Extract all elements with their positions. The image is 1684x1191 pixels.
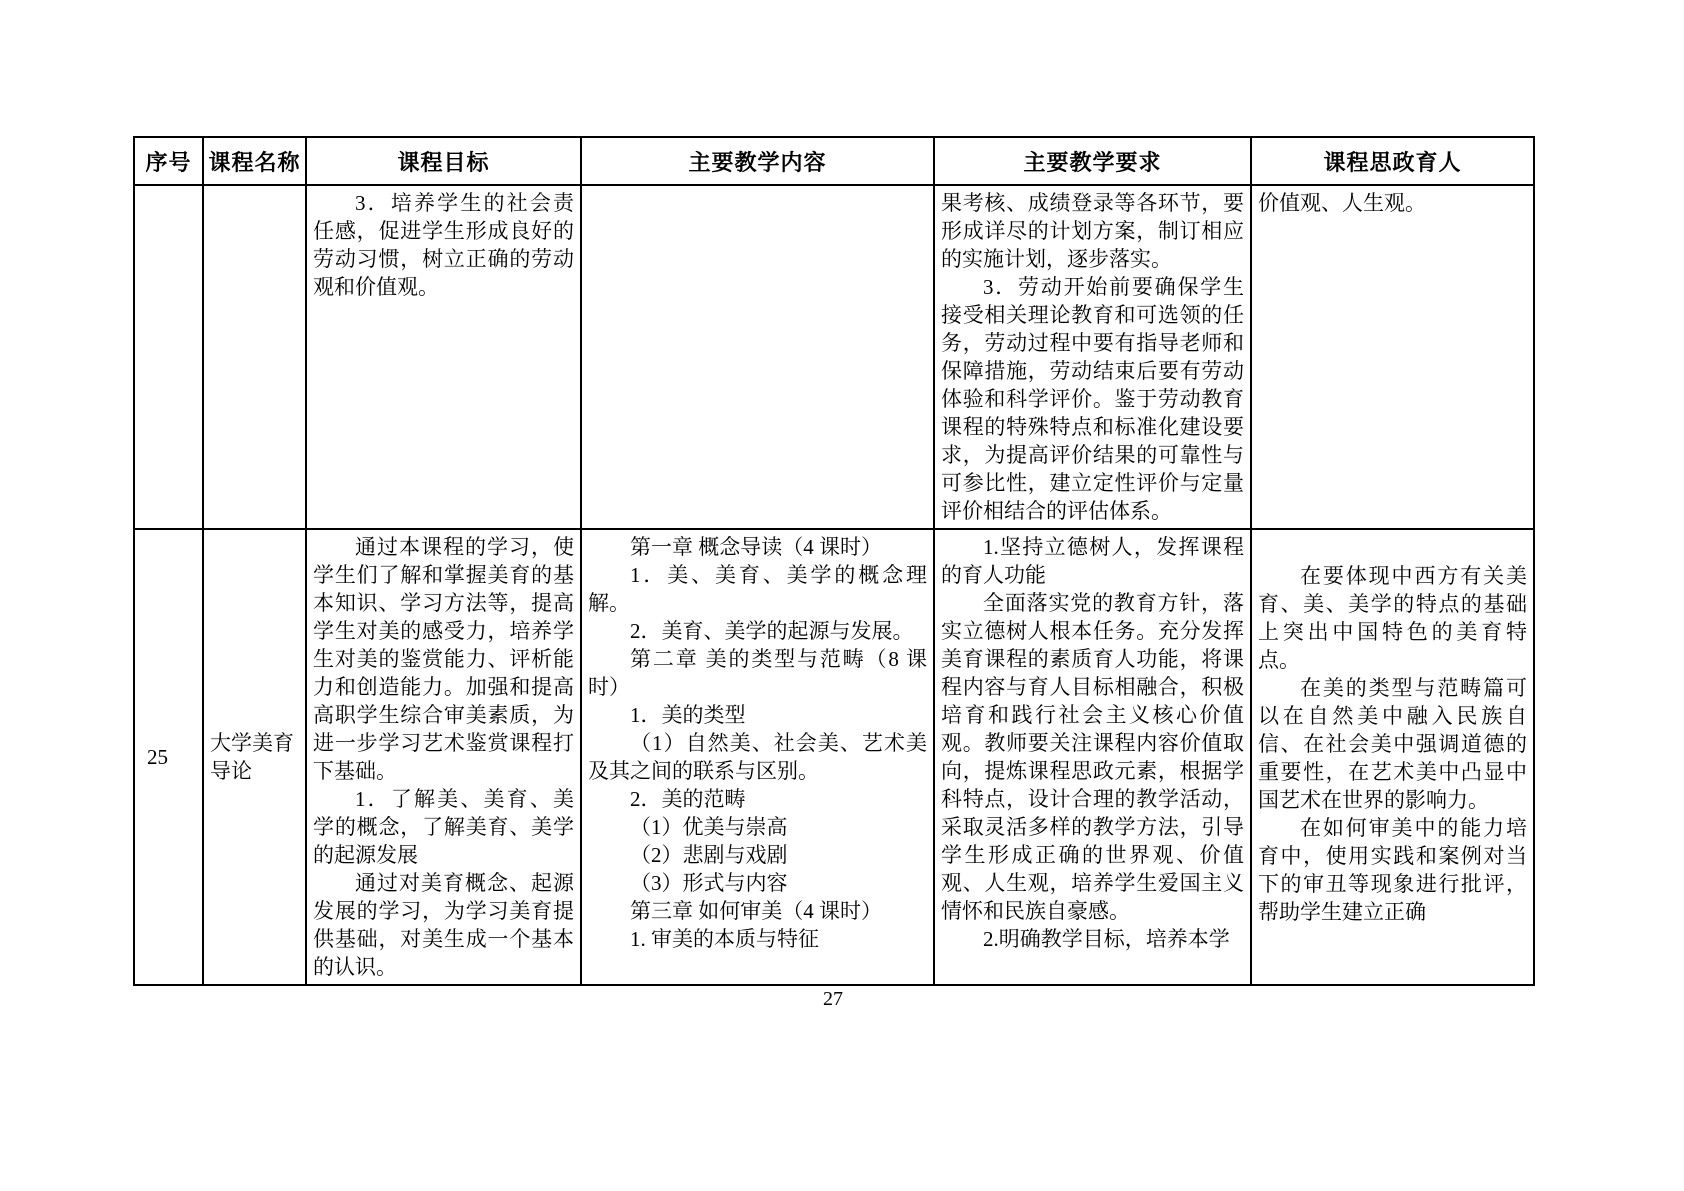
content-paragraph: （1）自然美、社会美、艺术美及其之间的联系与区别。	[588, 729, 927, 785]
objectives-paragraph: 3．培养学生的社会责任感，促进学生形成良好的劳动习惯，树立正确的劳动观和价值观。	[313, 189, 574, 301]
content-paragraph: 1．美的类型	[588, 701, 927, 729]
ideology-paragraph: 在如何审美中的能力培育中，使用实践和案例对当下的审丑等现象进行批评，帮助学生建立…	[1258, 814, 1527, 926]
content-paragraph: 第三章 如何审美（4 课时）	[588, 897, 927, 925]
cell-objectives: 通过本课程的学习，使学生们了解和掌握美育的基本知识、学习方法等，提高学生对美的感…	[306, 529, 581, 985]
content-paragraph: （1）优美与崇高	[588, 813, 927, 841]
cell-teaching-requirements: 1.坚持立德树人，发挥课程的育人功能 全面落实党的教育方针，落实立德树人根本任务…	[934, 529, 1251, 985]
content-paragraph: 1. 审美的本质与特征	[588, 925, 927, 953]
header-course-objectives: 课程目标	[306, 137, 581, 185]
objectives-paragraph: 通过对美育概念、起源发展的学习，为学习美育提供基础，对美生成一个基本的认识。	[313, 869, 574, 981]
content-paragraph: 2．美的范畴	[588, 785, 927, 813]
requirements-paragraph: 3．劳动开始前要确保学生接受相关理论教育和可选领的任务，劳动过程中要有指导老师和…	[941, 273, 1244, 525]
content-paragraph: 第二章 美的类型与范畴（8 课时）	[588, 645, 927, 701]
content-paragraph: 2．美育、美学的起源与发展。	[588, 617, 927, 645]
page-number: 27	[133, 988, 1533, 1011]
cell-seq-empty	[134, 185, 203, 529]
content-paragraph: （3）形式与内容	[588, 869, 927, 897]
cell-course-name-25: 大学美育导论	[203, 529, 306, 985]
header-teaching-content: 主要教学内容	[581, 137, 934, 185]
requirements-paragraph: 全面落实党的教育方针，落实立德树人根本任务。充分发挥美育课程的素质育人功能，将课…	[941, 589, 1244, 925]
cell-course-name-empty	[203, 185, 306, 529]
cell-objectives: 3．培养学生的社会责任感，促进学生形成良好的劳动习惯，树立正确的劳动观和价值观。	[306, 185, 581, 529]
document-page: 序号 课程名称 课程目标 主要教学内容 主要教学要求 课程思政育人 3．培养学生…	[0, 0, 1684, 1191]
cell-ideology: 价值观、人生观。	[1251, 185, 1534, 529]
header-seq: 序号	[134, 137, 203, 185]
content-paragraph: 1．美、美育、美学的概念理解。	[588, 561, 927, 617]
ideology-paragraph: 在要体现中西方有关美育、美、美学的特点的基础上突出中国特色的美育特点。	[1258, 562, 1527, 674]
requirements-paragraph: 果考核、成绩登录等各环节，要形成详尽的计划方案，制订相应的实施计划，逐步落实。	[941, 189, 1244, 273]
cell-teaching-content: 第一章 概念导读（4 课时） 1．美、美育、美学的概念理解。 2．美育、美学的起…	[581, 529, 934, 985]
table-header-row: 序号 课程名称 课程目标 主要教学内容 主要教学要求 课程思政育人	[134, 137, 1534, 185]
header-teaching-requirements: 主要教学要求	[934, 137, 1251, 185]
table-row-continuation: 3．培养学生的社会责任感，促进学生形成良好的劳动习惯，树立正确的劳动观和价值观。…	[134, 185, 1534, 529]
cell-ideology: 在要体现中西方有关美育、美、美学的特点的基础上突出中国特色的美育特点。 在美的类…	[1251, 529, 1534, 985]
ideology-paragraph: 在美的类型与范畴篇可以在自然美中融入民族自信、在社会美中强调道德的重要性，在艺术…	[1258, 674, 1527, 814]
content-paragraph: 第一章 概念导读（4 课时）	[588, 533, 927, 561]
header-ideology-education: 课程思政育人	[1251, 137, 1534, 185]
table-row-course-25: 25 大学美育导论 通过本课程的学习，使学生们了解和掌握美育的基本知识、学习方法…	[134, 529, 1534, 985]
objectives-paragraph: 通过本课程的学习，使学生们了解和掌握美育的基本知识、学习方法等，提高学生对美的感…	[313, 533, 574, 785]
course-plan-table: 序号 课程名称 课程目标 主要教学内容 主要教学要求 课程思政育人 3．培养学生…	[133, 136, 1535, 986]
requirements-paragraph: 1.坚持立德树人，发挥课程的育人功能	[941, 533, 1244, 589]
cell-teaching-content-empty	[581, 185, 934, 529]
ideology-paragraph: 价值观、人生观。	[1258, 189, 1527, 217]
cell-seq-25: 25	[134, 529, 203, 985]
requirements-paragraph: 2.明确教学目标，培养本学	[941, 925, 1244, 953]
cell-teaching-requirements: 果考核、成绩登录等各环节，要形成详尽的计划方案，制订相应的实施计划，逐步落实。 …	[934, 185, 1251, 529]
content-paragraph: （2）悲剧与戏剧	[588, 841, 927, 869]
objectives-paragraph: 1．了解美、美育、美学的概念，了解美育、美学的起源发展	[313, 785, 574, 869]
header-course-name: 课程名称	[203, 137, 306, 185]
